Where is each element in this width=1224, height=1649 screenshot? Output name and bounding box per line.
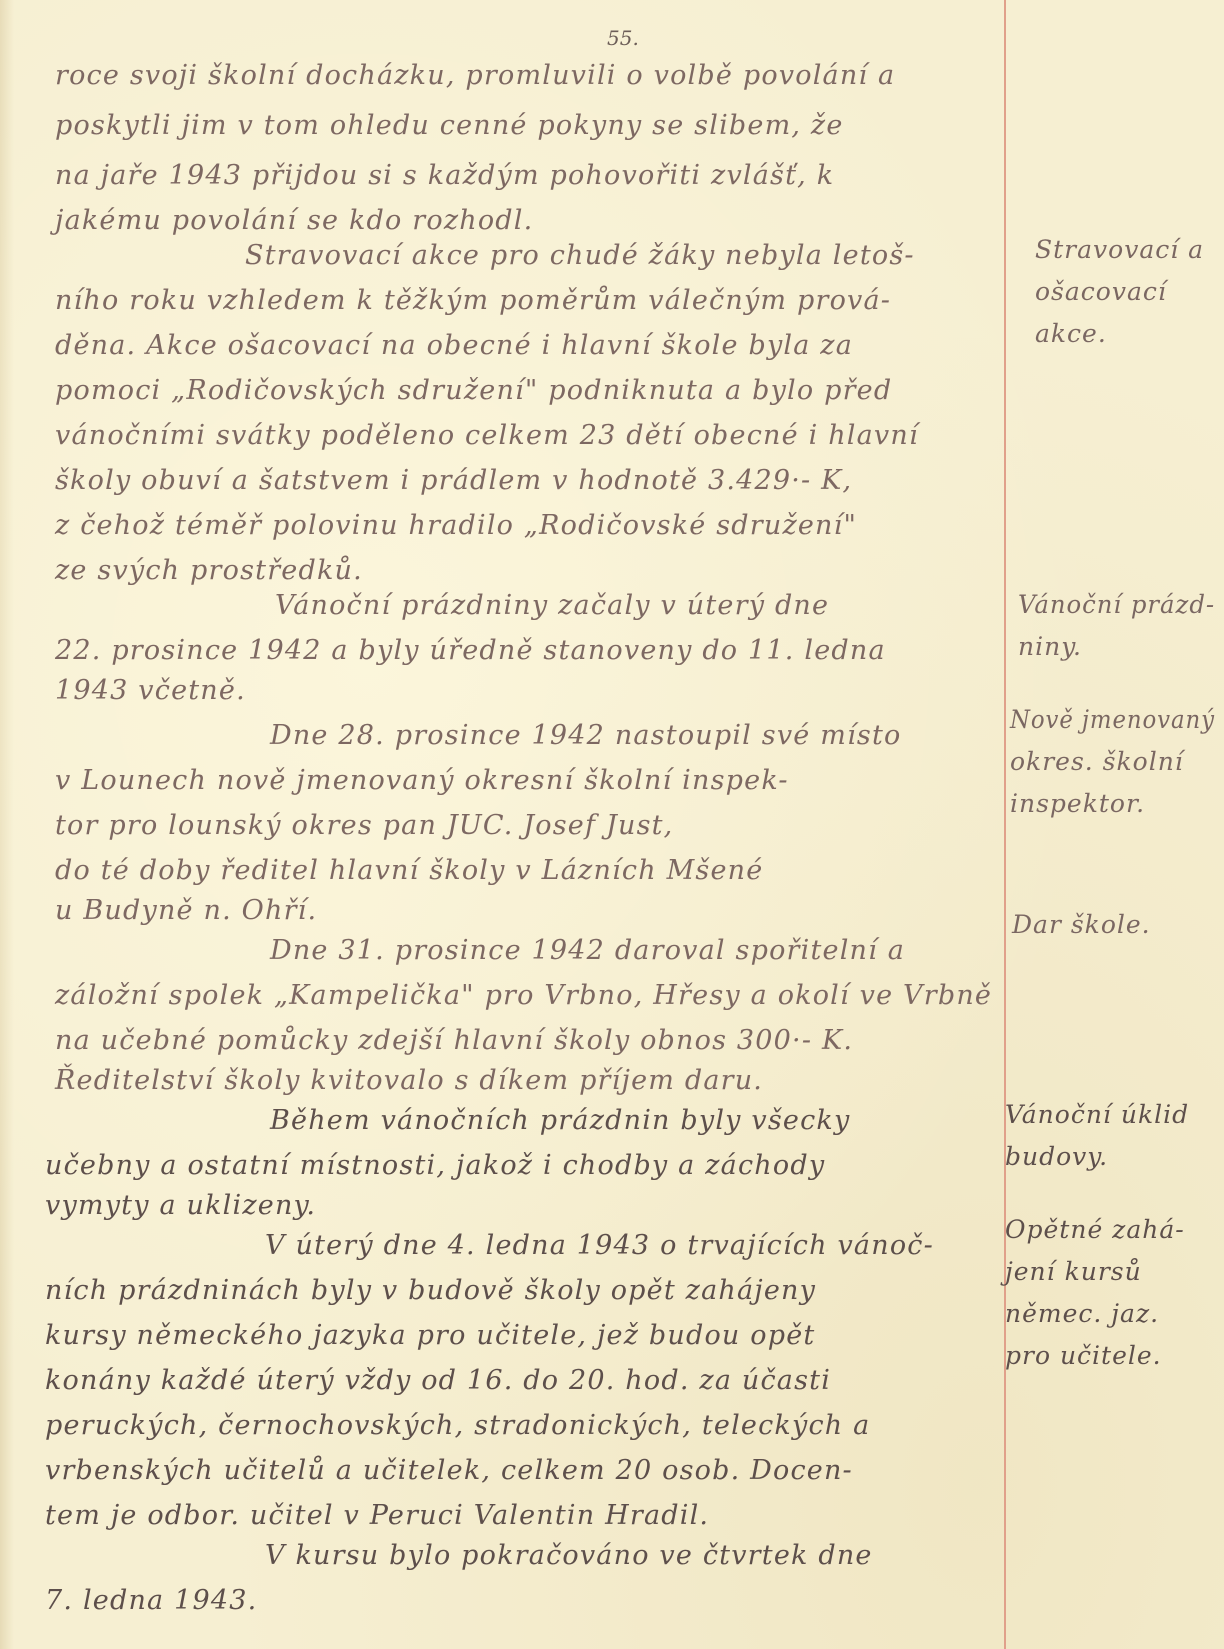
text-line: záložní spolek „Kampelička" pro Vrbno, H… [55,980,992,1011]
margin-note-line: Nově jmenovaný [1010,705,1215,734]
ledger-page: 55. roce svoji školní docházku, promluvi… [0,0,1224,1649]
margin-note-line: jení kursů [1005,1257,1142,1286]
text-line: 7. ledna 1943. [45,1585,257,1616]
margin-note-line: němec. jaz. [1005,1299,1159,1328]
margin-note-line: Opětné zahá- [1005,1215,1185,1244]
text-line: na jaře 1943 přijdou si s každým pohovoř… [55,160,834,191]
text-line: Stravovací akce pro chudé žáky nebyla le… [245,240,915,271]
text-line: ního roku vzhledem k těžkým poměrům vále… [55,285,891,316]
text-line: do té doby ředitel hlavní školy v Lázníc… [55,855,763,886]
margin-note-line: Dar škole. [1012,910,1151,939]
text-line: děna. Akce ošacovací na obecné i hlavní … [55,330,853,361]
text-line: vymyty a uklizeny. [45,1190,316,1221]
margin-note-line: Vánoční úklid [1005,1100,1189,1129]
text-line: konány každé úterý vždy od 16. do 20. ho… [45,1365,831,1396]
text-line: ze svých prostředků. [55,555,363,586]
text-line: u Budyně n. Ohří. [55,895,317,926]
text-line: tem je odbor. učitel v Peruci Valentin H… [45,1500,709,1531]
text-line: Během vánočních prázdnin byly všecky [270,1105,850,1136]
page-number: 55. [607,26,639,50]
text-line: z čehož téměř polovinu hradilo „Rodičovs… [55,510,857,541]
text-line: tor pro lounský okres pan JUC. Josef Jus… [55,810,673,841]
margin-note-line: ošacovací [1035,277,1167,306]
margin-note-line: pro učitele. [1005,1341,1162,1370]
text-line: vrbenských učitelů a učitelek, celkem 20… [45,1455,853,1486]
text-line: V úterý dne 4. ledna 1943 o trvajících v… [265,1230,934,1261]
margin-note-line: Stravovací a [1035,235,1204,264]
text-line: poskytli jim v tom ohledu cenné pokyny s… [55,110,844,141]
text-line: jakému povolání se kdo rozhodl. [55,205,533,236]
text-line: kursy německého jazyka pro učitele, jež … [45,1320,815,1351]
margin-note-line: okres. školní [1010,747,1184,776]
text-line: Vánoční prázdniny začaly v úterý dne [275,590,829,621]
margin-note-line: akce. [1035,319,1107,348]
margin-rule-line [1004,0,1006,1649]
text-line: v Lounech nově jmenovaný okresní školní … [55,765,789,796]
margin-note-line: Vánoční prázd- [1018,590,1215,619]
text-line: roce svoji školní docházku, promluvili o… [55,60,895,91]
text-line: peruckých, černochovských, stradonických… [45,1410,870,1441]
margin-note-line: inspektor. [1010,789,1145,818]
text-line: vánočními svátky poděleno celkem 23 dětí… [55,420,919,451]
margin-note-line: niny. [1018,632,1082,661]
text-line: učebny a ostatní místnosti, jakož i chod… [45,1150,825,1181]
text-line: školy obuví a šatstvem i prádlem v hodno… [55,465,852,496]
text-line: pomoci „Rodičovských sdružení" podniknut… [55,375,892,406]
text-line: V kursu bylo pokračováno ve čtvrtek dne [265,1540,873,1571]
margin-note-line: budovy. [1005,1142,1108,1171]
text-line: 22. prosince 1942 a byly úředně stanoven… [55,635,886,666]
text-line: 1943 včetně. [55,675,246,706]
text-line: Ředitelství školy kvitovalo s díkem příj… [55,1065,763,1096]
text-line: Dne 31. prosince 1942 daroval spořitelní… [270,935,905,966]
text-line: ních prázdninách byly v budově školy opě… [45,1275,816,1306]
text-line: Dne 28. prosince 1942 nastoupil své míst… [270,720,901,751]
text-line: na učebné pomůcky zdejší hlavní školy ob… [55,1025,853,1056]
